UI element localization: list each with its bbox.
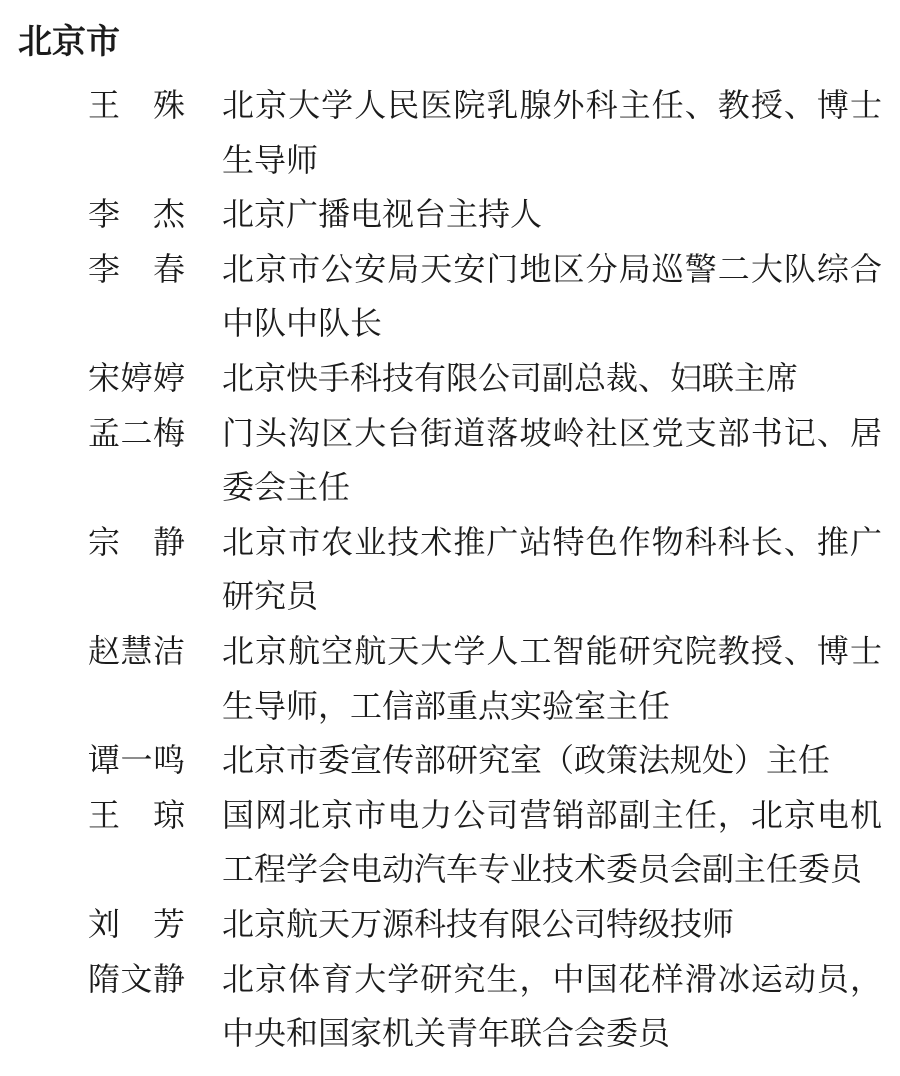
list-item: 李杰 北京广播电视台主持人	[0, 187, 900, 242]
list-item: 宗静 北京市农业技术推广站特色作物科科长、推广研究员	[0, 515, 900, 624]
person-name: 李春	[88, 242, 185, 297]
person-title: 北京航天万源科技有限公司特级技师	[222, 897, 882, 952]
list-item: 王琼 国网北京市电力公司营销部副主任，北京电机工程学会电动汽车专业技术委员会副主…	[0, 788, 900, 897]
person-name: 宗静	[88, 515, 185, 570]
person-name: 赵慧洁	[88, 624, 185, 679]
person-title: 北京市农业技术推广站特色作物科科长、推广研究员	[222, 515, 882, 624]
person-title: 北京航空航天大学人工智能研究院教授、博士生导师，工信部重点实验室主任	[222, 624, 882, 733]
person-name: 李杰	[88, 187, 185, 242]
list-item: 谭一鸣 北京市委宣传部研究室（政策法规处）主任	[0, 733, 900, 788]
person-name: 王琼	[88, 788, 185, 843]
person-name: 王殊	[88, 78, 185, 133]
list-item: 王殊 北京大学人民医院乳腺外科主任、教授、博士生导师	[0, 78, 900, 187]
person-title: 门头沟区大台街道落坡岭社区党支部书记、居委会主任	[222, 406, 882, 515]
person-name: 宋婷婷	[88, 351, 185, 406]
person-title: 北京广播电视台主持人	[222, 187, 882, 242]
person-title: 北京快手科技有限公司副总裁、妇联主席	[222, 351, 882, 406]
person-title: 国网北京市电力公司营销部副主任，北京电机工程学会电动汽车专业技术委员会副主任委员	[222, 788, 882, 897]
list-item: 宋婷婷 北京快手科技有限公司副总裁、妇联主席	[0, 351, 900, 406]
honoree-list: 王殊 北京大学人民医院乳腺外科主任、教授、博士生导师 李杰 北京广播电视台主持人…	[0, 78, 900, 1061]
list-item: 李春 北京市公安局天安门地区分局巡警二大队综合中队中队长	[0, 242, 900, 351]
list-item: 孟二梅 门头沟区大台街道落坡岭社区党支部书记、居委会主任	[0, 406, 900, 515]
person-name: 孟二梅	[88, 406, 185, 461]
person-title: 北京市委宣传部研究室（政策法规处）主任	[222, 733, 882, 788]
person-name: 刘芳	[88, 897, 185, 952]
person-title: 北京大学人民医院乳腺外科主任、教授、博士生导师	[222, 78, 882, 187]
region-heading: 北京市	[18, 19, 900, 65]
list-item: 隋文静 北京体育大学研究生，中国花样滑冰运动员，中央和国家机关青年联合会委员	[0, 952, 900, 1061]
list-item: 赵慧洁 北京航空航天大学人工智能研究院教授、博士生导师，工信部重点实验室主任	[0, 624, 900, 733]
person-name: 隋文静	[88, 952, 185, 1007]
list-item: 刘芳 北京航天万源科技有限公司特级技师	[0, 897, 900, 952]
document-page: 北京市 王殊 北京大学人民医院乳腺外科主任、教授、博士生导师 李杰 北京广播电视…	[0, 0, 900, 1061]
person-title: 北京市公安局天安门地区分局巡警二大队综合中队中队长	[222, 242, 882, 351]
person-title: 北京体育大学研究生，中国花样滑冰运动员，中央和国家机关青年联合会委员	[222, 952, 882, 1061]
person-name: 谭一鸣	[88, 733, 185, 788]
